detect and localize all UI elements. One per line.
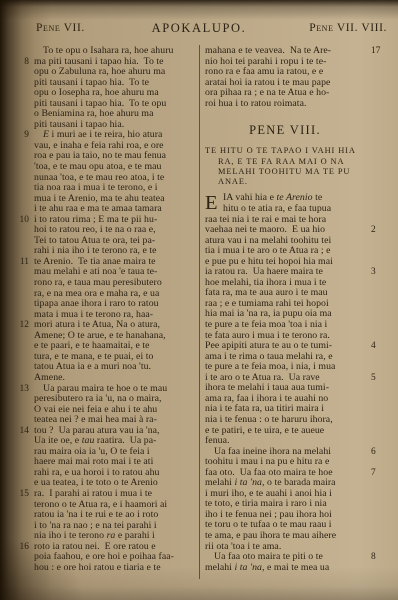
line-text: tura, e te mana, e te puai, ei to xyxy=(34,351,153,362)
line-text: Ua ite oe, e tau raatira. Ua pa- xyxy=(34,435,156,446)
line-text: 'toa, e te mau opu atoa, e te mau xyxy=(34,161,161,172)
line-text: roi hua i to ratou roimata. xyxy=(205,98,306,109)
verse-number: 6 xyxy=(371,447,390,458)
line-text: iho i te fenua nei ; pau ihora hoi xyxy=(205,509,332,520)
line-text: toohitu i mau i na pu e hitu ra e xyxy=(205,456,329,467)
line-text: rahi i nia iho i te terono ra, e te xyxy=(34,245,157,256)
line-text: e te patiri, e te uira, e te aueue xyxy=(205,425,324,436)
line-text: rono ra e faa amu ia ratou, e e xyxy=(205,66,323,77)
line-text: rau maira oia ia 'u, O te feia i xyxy=(34,446,150,457)
line-text: Ua parau maira te hoe o te mau xyxy=(43,383,167,394)
line-text: o Beniamina ra, hoe ahuru ma xyxy=(34,108,153,119)
line-text: rii ota 'toa i te ama. xyxy=(205,541,281,552)
text-line: roi hua i to ratou roimata. xyxy=(205,99,365,110)
line-text: fenua. xyxy=(205,435,230,446)
line-text: te toru o te tufaa o te mau raau i xyxy=(205,519,332,530)
verse-number: 14 xyxy=(10,426,29,437)
line-text: mori atura i te Atua, Na o atura, xyxy=(34,319,160,330)
line-text: tia noa raa i mua i te terono, e i xyxy=(34,182,158,193)
verse-number: 3 xyxy=(371,267,390,278)
line-text: raa tei nia i te rai e mai te hora xyxy=(205,214,326,225)
line-text: Tei to tatou Atua te ora, tei pa- xyxy=(34,235,155,246)
verse-number: 2 xyxy=(371,225,390,236)
chapter-heading: PENE VIII. xyxy=(205,123,365,138)
line-text: hia mai ia 'na ra, ia pupu oia ma xyxy=(205,308,332,319)
line-text: IA vahi hia e te Arenio te xyxy=(223,192,322,203)
verse-number: 9 xyxy=(10,130,29,141)
verse-number: 15 xyxy=(10,489,29,500)
verse-number: 8 xyxy=(10,57,29,68)
line-text: tia i mua i te aro o te Atua ra ; e xyxy=(205,245,331,256)
line-text: ama i te rima o taua melahi ra, e xyxy=(205,351,333,362)
line-text: te toto, e tiria maira i raro i nia xyxy=(205,498,327,509)
line-text: poia faahou, e ore hoi e poihaa faa- xyxy=(34,551,174,562)
line-text: To te opu o Isahara ra, hoe ahuru xyxy=(43,45,173,56)
line-text: te pure a te feia moa, i nia, i mua xyxy=(205,361,335,372)
line-text: E i muri ae i te reira, hio atura xyxy=(43,129,162,140)
line-text: faa oto. Ua faa oto maira te hoe xyxy=(205,467,333,478)
line-text: piti tausani i tapao hia. To te opu xyxy=(34,98,166,109)
line-text: nunaa 'toa, e te mau reo atoa, i te xyxy=(34,172,164,183)
line-text: i muri iho, e te auahi i anoi hia i xyxy=(205,488,332,499)
line-text: i te aro o te Atua ra. Ua rave xyxy=(205,372,320,383)
chapter-summary: TE HITU O TE TAPAO I VAHI HIARA, E TE FA… xyxy=(205,146,365,187)
line-text: Ua faa oto maira te piti o te xyxy=(214,551,323,562)
line-text: rono ra, e taua mau peresibutero xyxy=(34,277,162,288)
line-text: ia ratou ra. Ua haere maira te xyxy=(205,266,323,277)
line-text: vaehaa nei te maoro. E ua hio xyxy=(205,224,325,235)
line-text: mata i mua i te terono ra, haa- xyxy=(34,309,153,320)
line-text: vau, e inaha e feia rahi roa, e ore xyxy=(34,140,164,151)
verse-number: 8 xyxy=(371,552,390,563)
verse-number: 12 xyxy=(10,320,29,331)
chapter7-ending-lines: 17mahana e te veavea. Na te Are-nio hoi … xyxy=(205,46,365,109)
line-text: Pee apipiti atura te au o te tumi- xyxy=(205,340,332,351)
verse-number: 16 xyxy=(10,542,29,553)
line-text: aratai hoi ia ratou i te mau pape xyxy=(205,77,330,88)
line-text: haere mai mai roto mai i te ati xyxy=(34,456,153,467)
verse-number: 5 xyxy=(371,373,390,384)
line-text: opu o Iosepha ra, hoe ahuru ma xyxy=(34,87,159,98)
line-text: Ua faa ineine ihora na melahi xyxy=(214,446,331,457)
line-text: rahi ra, e ua horoi i to ratou ahu xyxy=(34,467,159,478)
line-text: peresibutero ra ia 'u, na o maira, xyxy=(34,393,162,404)
line-text: teatea nei ? e mai hea mai à ra- xyxy=(34,414,157,425)
line-text: nia iho i te terono ra e parahi i xyxy=(34,530,155,541)
line-text: tatou Atua ia e a muri noa 'tu. xyxy=(34,361,151,372)
line-text: te ama, e pau ihora te mau aihere xyxy=(205,530,336,541)
line-text: melahi i ta 'na, e mai te mea ua xyxy=(205,562,329,573)
line-text: tou ? Ua parau atura vau ia 'na, xyxy=(34,425,160,436)
line-text: nia i te fenua : o te haruru ihora, xyxy=(205,414,333,425)
line-text: ama ra, faa i ihora i te auahi no xyxy=(205,393,328,404)
line-text: tipapa anae ihora i raro to ratou xyxy=(34,298,159,309)
line-text: piti tausani i tapao hia. To te xyxy=(34,77,149,88)
line-text: te Arenio. Te tia anae maira te xyxy=(34,256,156,267)
line-text: raa ; e e tumiama rahi tei hopoi xyxy=(205,298,329,309)
verse-number: 17 xyxy=(371,46,390,57)
running-head-right: Pene VII. VIII. xyxy=(309,22,387,34)
line-text: roa e pau ia taio, no te mau fenua xyxy=(34,150,166,161)
book-page: Pene VII. APOKALUPO. Pene VII. VIII. To … xyxy=(0,0,398,600)
text-line: RA, E TE FA RAA MAI O NA xyxy=(205,157,365,167)
text-line: hou : e ore hoi ratou e tiaria e te xyxy=(34,563,196,574)
line-text: TE HITU O TE TAPAO I VAHI HIA xyxy=(205,146,356,155)
line-text: nia i te fata ra, ua titiri maira i xyxy=(205,403,324,414)
verse-number: 7 xyxy=(371,468,390,479)
line-text: hoi to ratou reo, i te na o raa e, xyxy=(34,224,156,235)
line-text: e ua teatea, i te toto o te Arenio xyxy=(34,477,158,488)
line-text: mua i te Arenio, ma te ahu teatea xyxy=(34,193,165,204)
text-line: MELAHI TOOHITU MA TE PU xyxy=(205,167,365,177)
line-text: i te ahu raa e ma te amaa tamara xyxy=(34,203,162,214)
text-line: TE HITU O TE TAPAO I VAHI HIA xyxy=(205,146,365,156)
line-text: melahi i ta 'na, o te barada maira xyxy=(205,477,336,488)
line-text: opu o Zabuluna ra, hoe ahuru ma xyxy=(34,66,165,77)
right-text-column: 17mahana e te veavea. Na te Are-nio hoi … xyxy=(205,46,365,573)
verse-number: 11 xyxy=(10,257,29,268)
line-text: mahana e te veavea. Na te Are- xyxy=(205,45,331,56)
line-text: mau melahi e ati noa 'e taua te- xyxy=(34,266,157,277)
line-text: atura vau i na melahi toohitu tei xyxy=(205,235,331,246)
verse-number: 4 xyxy=(371,341,390,352)
line-text: terono o te Atua ra, e i haamori ai xyxy=(34,499,167,510)
line-text: O vai eie nei feia e ahu i te ahu xyxy=(34,404,157,415)
line-text: nio hoi tei parahi i ropu i te te- xyxy=(205,56,326,67)
line-text: RA, E TE FA RAA MAI O NA xyxy=(218,157,344,166)
line-text: Amene. xyxy=(34,372,65,383)
line-text: roto ia ratou nei. E ore ratou e xyxy=(34,541,156,552)
left-text-column: To te opu o Isahara ra, hoe ahuru8ma pit… xyxy=(34,46,196,573)
line-text: fata ra, ma te aua auro i te mau xyxy=(205,287,328,298)
line-text: ratou ia 'na i te rui e te ao i roto xyxy=(34,509,158,520)
line-text: hou : e ore hoi ratou e tiaria e te xyxy=(34,562,161,573)
line-text: ra. I parahi ai ratou i mua i te xyxy=(34,488,152,499)
verse-number: 10 xyxy=(10,215,29,226)
line-text: hitu o te atia ra, e faa tupua xyxy=(223,203,331,214)
line-text: piti tausani i tapao hia. xyxy=(34,119,124,130)
line-text: Amene; O te arue, e te hanahana, xyxy=(34,330,166,341)
line-text: MELAHI TOOHITU MA TE PU xyxy=(218,167,350,176)
verse-number: 13 xyxy=(10,384,29,395)
line-text: ANAE. xyxy=(218,177,248,186)
line-text: te fata auro i mua i te terono ra. xyxy=(205,330,330,341)
line-text: ra, e na mea ora e maha ra, e ua xyxy=(34,288,159,299)
line-text: ihora te melahi i taua aua tumi- xyxy=(205,382,329,393)
text-line: ANAE. xyxy=(205,177,365,187)
line-text: e te paari, e te haamaitai, e te xyxy=(34,340,150,351)
line-text: e pue pu e hitu tei hopoi hia mai xyxy=(205,256,333,267)
line-text: hoe melahi, tia ihora i mua i te xyxy=(205,277,326,288)
text-line: melahi i ta 'na, e mai te mea ua xyxy=(205,563,365,574)
line-text: te pure a te feia moa 'toa i nia i xyxy=(205,319,327,330)
line-text: ora pihaa ra ; e na te Atua e ho- xyxy=(205,87,329,98)
line-text: i to 'na ra nao ; e na tei parahi i xyxy=(34,520,157,531)
column-divider-rule xyxy=(199,45,200,579)
line-text: ma piti tausani i tapao hia. To te xyxy=(34,56,164,67)
line-text: i to ratou rima ; E ma te pii hu- xyxy=(34,214,157,225)
chapter8-body: E IA vahi hia e te Arenio tehitu o te at… xyxy=(205,193,365,573)
